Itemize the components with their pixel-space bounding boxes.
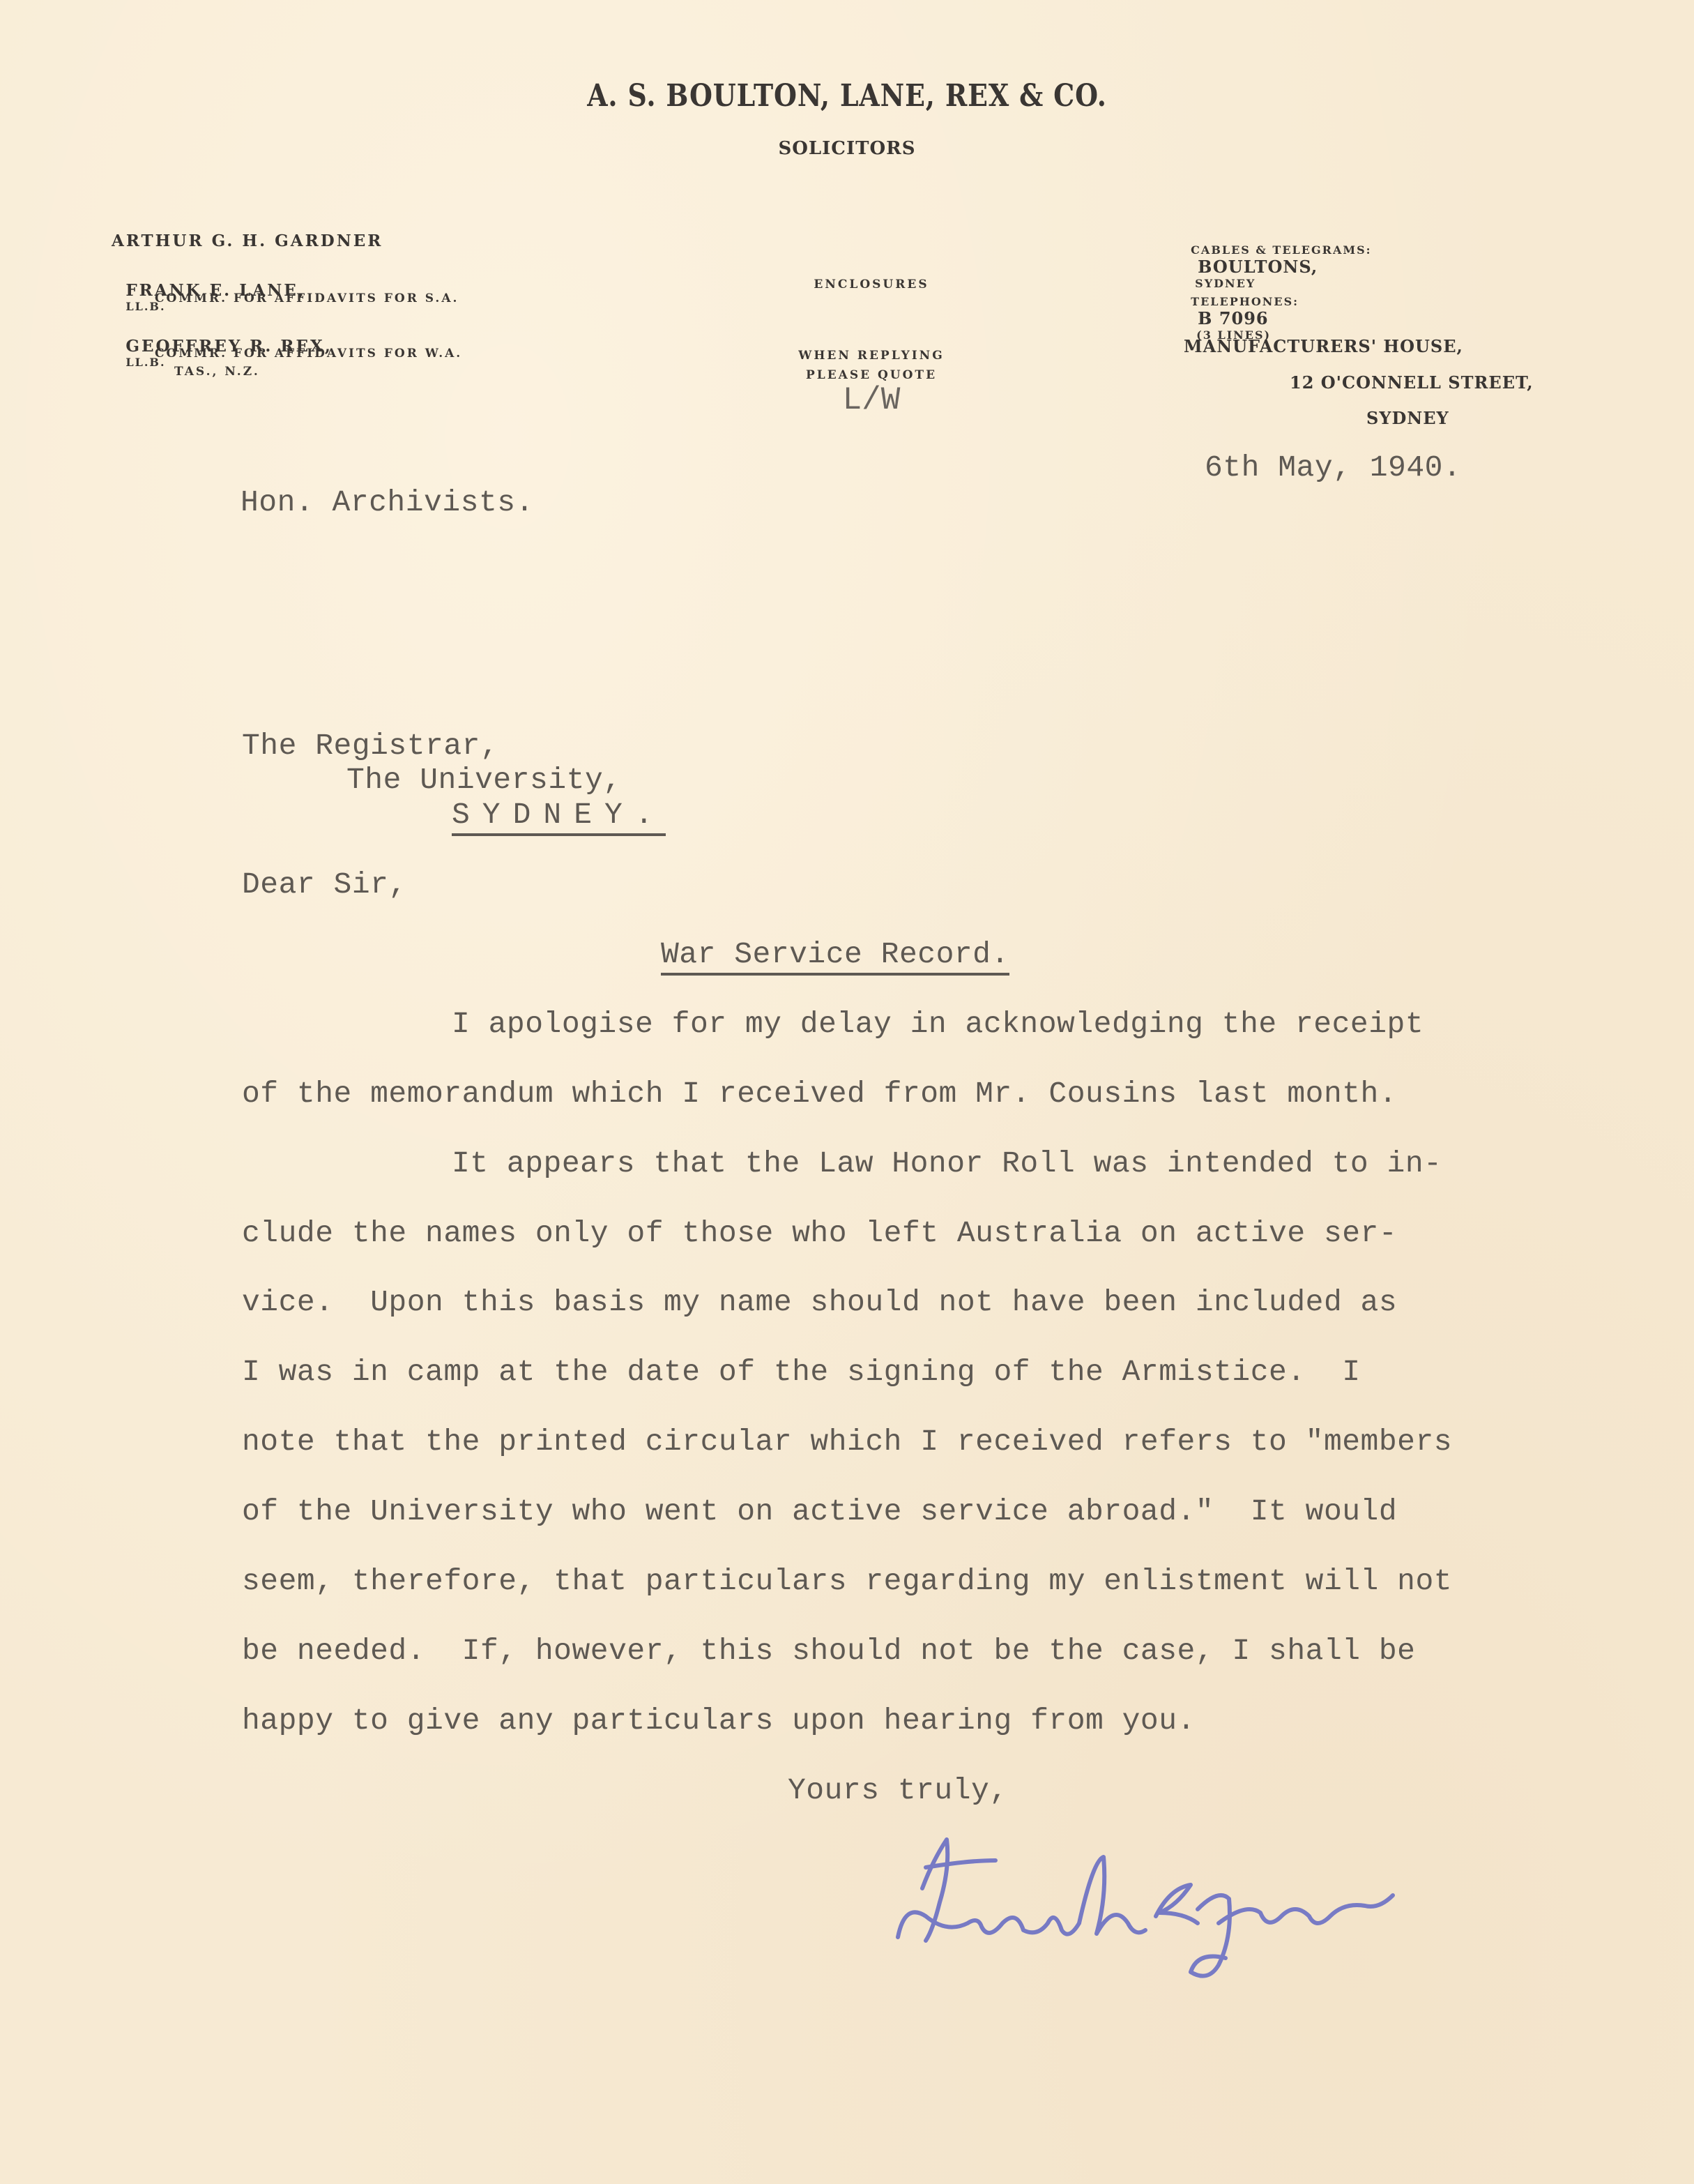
reply-label: WHEN REPLYING xyxy=(767,349,976,363)
address-line: 12 O'CONNELL STREET, xyxy=(1290,372,1534,393)
firm-name: A. S. BOULTON, LANE, REX & CO. xyxy=(119,78,1575,114)
recipient-city-text: SYDNEY. xyxy=(452,798,666,836)
address-line: SYDNEY xyxy=(1366,408,1449,428)
closing: Yours truly, xyxy=(788,1773,1008,1807)
body-line: seem, therefore, that particulars regard… xyxy=(242,1564,1452,1598)
letter-date: 6th May, 1940. xyxy=(1205,450,1461,485)
partner-note: TAS., N.Z. xyxy=(174,365,260,379)
telephones-line: TELEPHONES: B 7096 (3 LINES) xyxy=(1184,282,1299,342)
signature xyxy=(823,1806,1492,1966)
body-line: clude the names only of those who left A… xyxy=(242,1216,1397,1250)
address-line: MANUFACTURERS' HOUSE, xyxy=(1184,336,1463,356)
firm-subtitle: SOLICITORS xyxy=(0,138,1694,159)
signature-icon xyxy=(828,1819,1497,1979)
body-line: be needed. If, however, this should not … xyxy=(242,1634,1415,1668)
recipient-line: The University, xyxy=(346,763,622,797)
body-line: I was in camp at the date of the signing… xyxy=(242,1355,1361,1389)
body-line: note that the printed circular which I r… xyxy=(242,1425,1452,1459)
body-line: I apologise for my delay in acknowledgin… xyxy=(452,1007,1424,1041)
telephones-label: TELEPHONES: xyxy=(1191,295,1299,308)
body-line: happy to give any particulars upon heari… xyxy=(242,1704,1196,1738)
reference-code: L/W xyxy=(767,382,976,418)
subject-text: War Service Record. xyxy=(661,937,1009,976)
salutation: Dear Sir, xyxy=(242,867,407,902)
body-line: of the memorandum which I received from … xyxy=(242,1077,1397,1111)
archive-note: Hon. Archivists. xyxy=(241,485,534,520)
enclosures-label: ENCLOSURES xyxy=(767,278,976,291)
partner-note: COMMR. FOR AFFIDAVITS FOR W.A. xyxy=(155,347,462,361)
partner-note: COMMR. FOR AFFIDAVITS FOR S.A. xyxy=(155,291,459,305)
telephones-value: B 7096 xyxy=(1198,308,1268,328)
reply-label: PLEASE QUOTE xyxy=(767,368,976,382)
partner-name: ARTHUR G. H. GARDNER xyxy=(112,232,383,250)
cables-label: CABLES & TELEGRAMS: xyxy=(1191,243,1371,257)
body-line: It appears that the Law Honor Roll was i… xyxy=(452,1146,1442,1181)
cables-value: BOULTONS, xyxy=(1198,257,1318,277)
recipient-line: The Registrar, xyxy=(242,729,498,763)
body-line: of the University who went on active ser… xyxy=(242,1494,1397,1529)
body-line: vice. Upon this basis my name should not… xyxy=(242,1285,1397,1319)
subject-line: War Service Record. xyxy=(661,937,1009,971)
recipient-city: SYDNEY. xyxy=(452,798,666,832)
